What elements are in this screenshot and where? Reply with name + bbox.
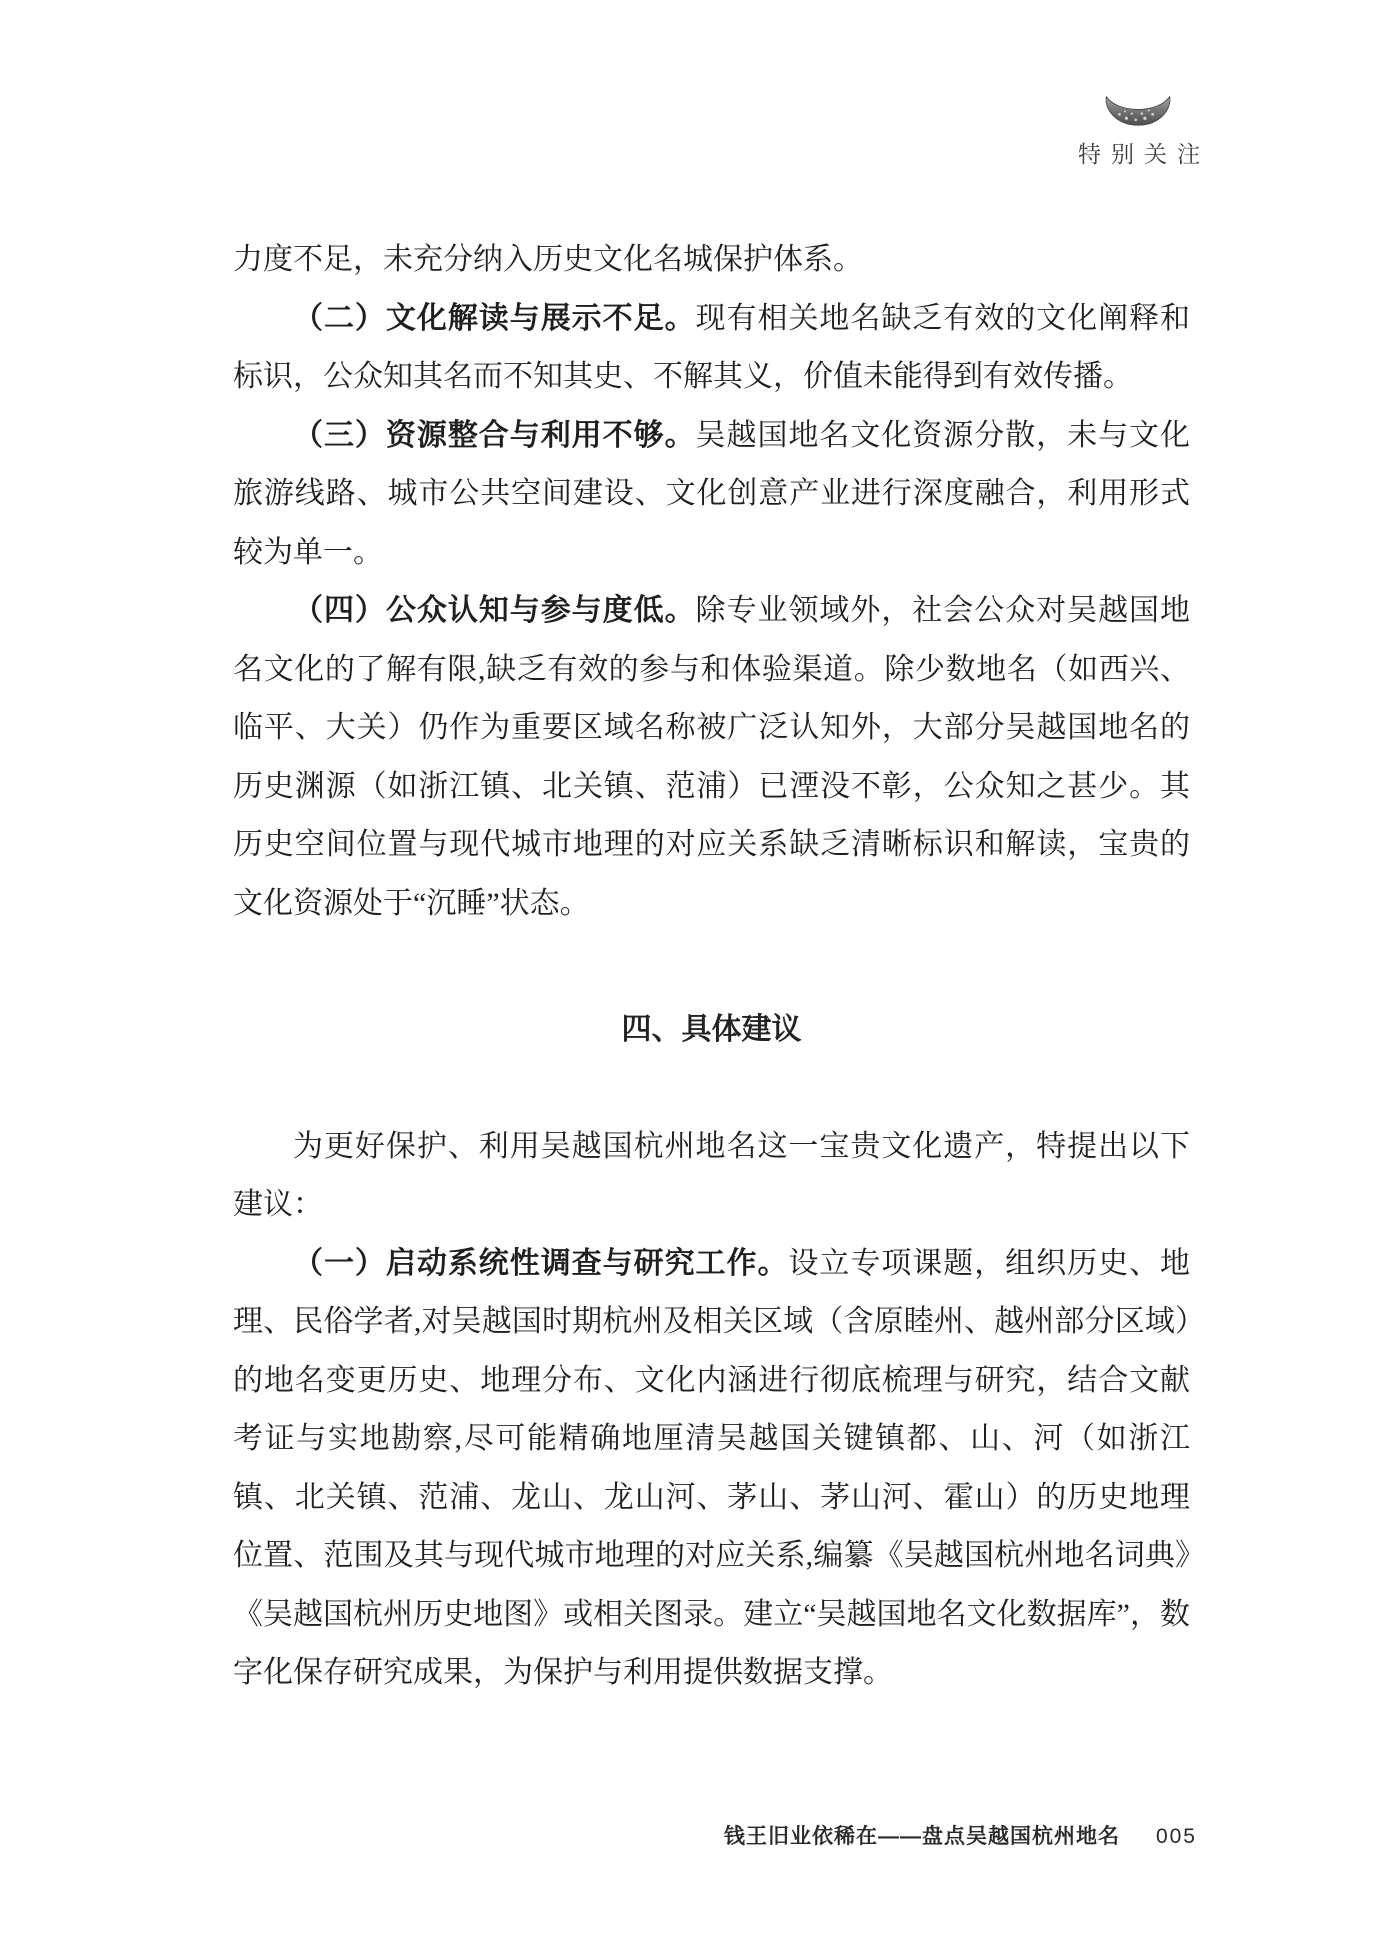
document-page: 特别关注 力度不足，未充分纳入历史文化名城保护体系。（二）文化解读与展示不足。现…	[0, 0, 1386, 1938]
paragraph-group-suggestions: 为更好保护、利用吴越国杭州地名这一宝贵文化遗产，特提出以下建议：（一）启动系统性…	[233, 1118, 1190, 1703]
paragraph-lead: （四）公众认知与参与度低。	[293, 594, 696, 627]
paragraph: （三）资源整合与利用不够。吴越国地名文化资源分散，未与文化旅游线路、城市公共空间…	[233, 407, 1190, 583]
paragraph-lead: （三）资源整合与利用不够。	[293, 419, 696, 452]
paragraph: （二）文化解读与展示不足。现有相关地名缺乏有效的文化阐释和标识，公众知其名而不知…	[233, 290, 1190, 407]
paragraph: （一）启动系统性调查与研究工作。设立专项课题，组织历史、地理、民俗学者,对吴越国…	[233, 1235, 1190, 1703]
paragraph: 为更好保护、利用吴越国杭州地名这一宝贵文化遗产，特提出以下建议：	[233, 1118, 1190, 1235]
paragraph-text: 力度不足，未充分纳入历史文化名城保护体系。	[233, 243, 863, 276]
paragraph: （四）公众认知与参与度低。除专业领域外，社会公众对吴越国地名文化的了解有限,缺乏…	[233, 582, 1190, 933]
paragraph-lead: （二）文化解读与展示不足。	[293, 302, 696, 335]
article-body: 力度不足，未充分纳入历史文化名城保护体系。（二）文化解读与展示不足。现有相关地名…	[233, 231, 1190, 1703]
paragraph: 力度不足，未充分纳入历史文化名城保护体系。	[233, 231, 1190, 290]
paragraph-lead: （一）启动系统性调查与研究工作。	[293, 1247, 788, 1280]
paragraph-text: 为更好保护、利用吴越国杭州地名这一宝贵文化遗产，特提出以下建议：	[233, 1130, 1190, 1222]
paragraph-text: 除专业领域外，社会公众对吴越国地名文化的了解有限,缺乏有效的参与和体验渠道。除少…	[233, 594, 1190, 920]
column-label: 特别关注	[1078, 136, 1208, 169]
silver-ingot-ornament-icon	[1104, 90, 1172, 128]
paragraph-group-problems: 力度不足，未充分纳入历史文化名城保护体系。（二）文化解读与展示不足。现有相关地名…	[233, 231, 1190, 933]
section-heading: 四、具体建议	[233, 1001, 1190, 1060]
paragraph-text: 设立专项课题，组织历史、地理、民俗学者,对吴越国时期杭州及相关区域（含原睦州、越…	[233, 1247, 1190, 1690]
page-number: 005	[1156, 1825, 1197, 1849]
page-corner-header: 特别关注	[1078, 90, 1198, 169]
running-title: 钱王旧业依稀在——盘点吴越国杭州地名	[724, 1820, 1120, 1850]
page-footer: 钱王旧业依稀在——盘点吴越国杭州地名 005	[724, 1820, 1197, 1850]
